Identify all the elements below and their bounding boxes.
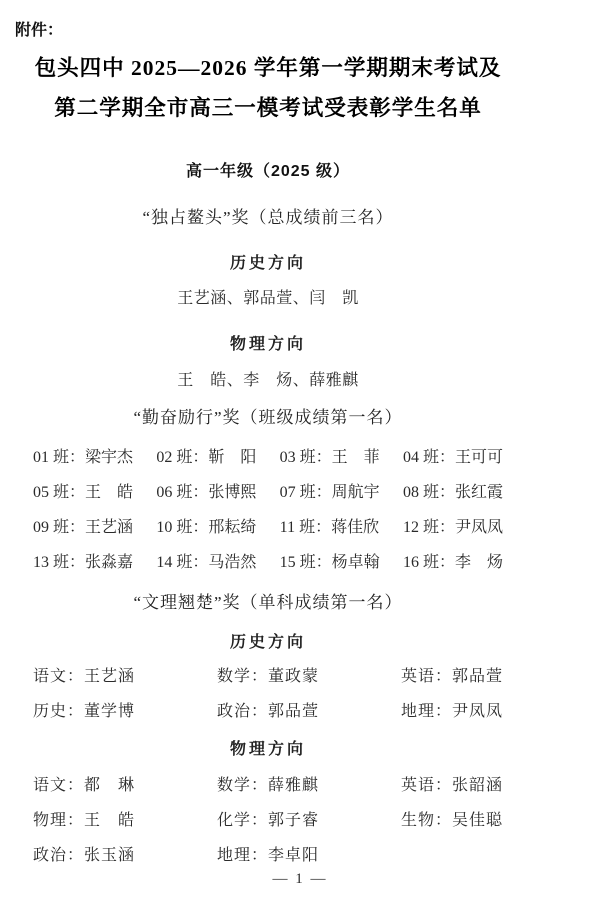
award1-history-winners: 王艺涵、郭品萱、闫 凯 xyxy=(33,289,503,309)
class-award-entry: 07 班：周航宇 xyxy=(280,483,380,503)
subject-award-entry: 生物：吴佳聪 xyxy=(401,811,503,831)
subject-award-entry: 政治：张玉涵 xyxy=(33,846,135,866)
award1-physics-direction-heading: 物理方向 xyxy=(33,335,503,355)
class-award-entry: 05 班：王 皓 xyxy=(33,483,133,503)
subject-award-entry: 英语：郭品萱 xyxy=(401,667,503,687)
document-body: 高一年级（2025 级） “独占鳌头”奖（总成绩前三名） 历史方向 王艺涵、郭品… xyxy=(33,150,503,866)
class-award-entry: 11 班：蒋佳欣 xyxy=(280,518,380,538)
subject-award-entry: 政治：郭品萱 xyxy=(217,702,319,722)
subject-award-entry: 英语：张韶涵 xyxy=(401,776,503,796)
document-title: 包头四中 2025—2026 学年第一学期期末考试及 第二学期全市高三一模考试受… xyxy=(33,48,503,128)
document-page: 附件： 包头四中 2025—2026 学年第一学期期末考试及 第二学期全市高三一… xyxy=(0,0,600,900)
subject-award-entry: 数学：薛雅麒 xyxy=(217,776,319,796)
subject-award-entry: 化学：郭子睿 xyxy=(217,811,319,831)
award1-physics-winners: 王 皓、李 炀、薛雅麒 xyxy=(33,371,503,391)
attachment-label: 附件： xyxy=(15,17,63,40)
subject-award-entry: 历史：董学博 xyxy=(33,702,135,722)
award2-heading: “勤奋励行”奖（班级成绩第一名） xyxy=(33,408,503,428)
subject-award-grid-physics: 语文：都 琳 数学：薛雅麒 英语：张韶涵 物理：王 皓 化学：郭子睿 生物：吴佳… xyxy=(33,776,503,866)
class-award-entry: 13 班：张淼嘉 xyxy=(33,553,133,573)
class-award-entry: 09 班：王艺涵 xyxy=(33,518,133,538)
title-line-1: 包头四中 2025—2026 学年第一学期期末考试及 xyxy=(33,48,503,88)
class-award-entry: 14 班：马浩然 xyxy=(156,553,256,573)
class-award-entry: 12 班：尹凤凤 xyxy=(403,518,503,538)
subject-award-entry: 语文：都 琳 xyxy=(33,776,135,796)
award1-heading: “独占鳌头”奖（总成绩前三名） xyxy=(33,208,503,228)
subject-award-grid-history: 语文：王艺涵 数学：董政蒙 英语：郭品萱 历史：董学博 政治：郭品萱 地理：尹凤… xyxy=(33,667,503,722)
subject-award-entry: 数学：董政蒙 xyxy=(217,667,319,687)
class-award-grid: 01 班：梁宇杰 02 班：靳 阳 03 班：王 菲 04 班：王可可 05 班… xyxy=(33,448,503,573)
award3-heading: “文理翘楚”奖（单科成绩第一名） xyxy=(33,593,503,613)
grade-heading: 高一年级（2025 级） xyxy=(33,162,503,182)
title-line-2: 第二学期全市高三一模考试受表彰学生名单 xyxy=(33,88,503,128)
subject-award-entry: 物理：王 皓 xyxy=(33,811,135,831)
subject-award-entry: 地理：尹凤凤 xyxy=(401,702,503,722)
class-award-entry: 10 班：邢耘绮 xyxy=(156,518,256,538)
class-award-entry: 15 班：杨卓翰 xyxy=(280,553,380,573)
class-award-entry: 02 班：靳 阳 xyxy=(156,448,256,468)
class-award-entry: 16 班：李 炀 xyxy=(403,553,503,573)
subject-award-entry: 语文：王艺涵 xyxy=(33,667,135,687)
class-award-entry: 08 班：张红霞 xyxy=(403,483,503,503)
class-award-entry: 04 班：王可可 xyxy=(403,448,503,468)
page-number: — 1 — xyxy=(0,871,600,888)
class-award-entry: 03 班：王 菲 xyxy=(280,448,380,468)
class-award-entry: 01 班：梁宇杰 xyxy=(33,448,133,468)
award3-physics-direction-heading: 物理方向 xyxy=(33,740,503,760)
class-award-entry: 06 班：张博熙 xyxy=(156,483,256,503)
subject-award-entry: 地理：李卓阳 xyxy=(217,846,319,866)
award3-history-direction-heading: 历史方向 xyxy=(33,633,503,653)
award1-history-direction-heading: 历史方向 xyxy=(33,254,503,274)
